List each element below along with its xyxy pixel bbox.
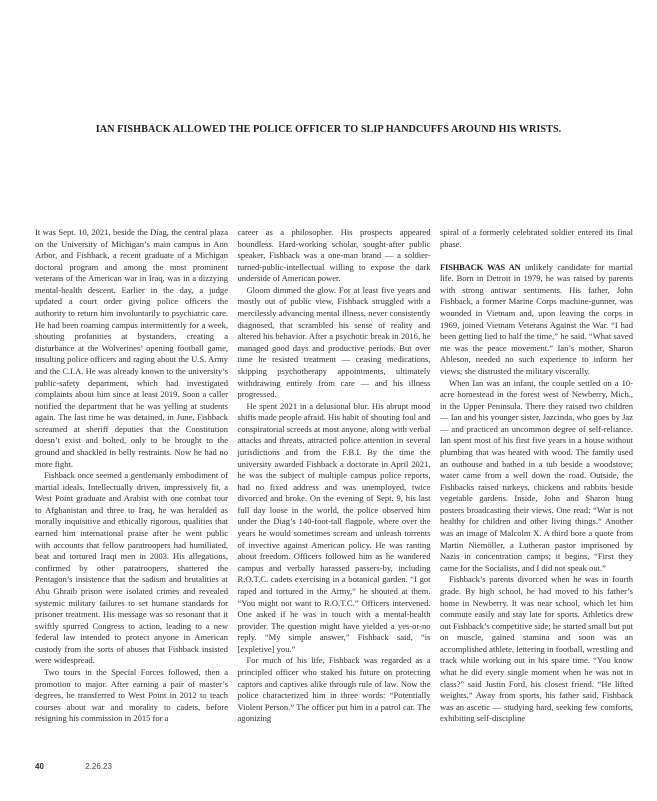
page-number: 40 [35,762,83,771]
issue-date: 2.26.23 [85,762,112,771]
paragraph: spiral of a formerly celebrated soldier … [440,227,633,250]
paragraph: For much of his life, Fishback was regar… [238,655,431,724]
paragraph: career as a philosopher. His prospects a… [238,227,431,285]
column-1: It was Sept. 10, 2021, beside the Diag, … [35,227,228,725]
paragraph: It was Sept. 10, 2021, beside the Diag, … [35,227,228,470]
article-body: It was Sept. 10, 2021, beside the Diag, … [35,227,633,725]
paragraph-text: unlikely candidate for martial life. Bor… [440,262,633,376]
run-in-lead: FISHBACK WAS AN [440,262,521,272]
page-footer: 40 2.26.23 [35,762,112,771]
paragraph: When Ian was an infant, the couple settl… [440,378,633,575]
paragraph: Fishback’s parents divorced when he was … [440,574,633,725]
paragraph: He spent 2021 in a delusional blur. His … [238,401,431,656]
column-2: career as a philosopher. His prospects a… [238,227,431,725]
paragraph: Fishback once seemed a gentlemanly embod… [35,470,228,667]
paragraph: Gloom dimmed the glow. For at least five… [238,285,431,401]
pull-quote-headline: IAN FISHBACK ALLOWED THE POLICE OFFICER … [0,124,657,135]
section-opening-paragraph: FISHBACK WAS AN unlikely candidate for m… [440,262,633,378]
column-3: spiral of a formerly celebrated soldier … [440,227,633,725]
paragraph: Two tours in the Special Forces followed… [35,667,228,725]
